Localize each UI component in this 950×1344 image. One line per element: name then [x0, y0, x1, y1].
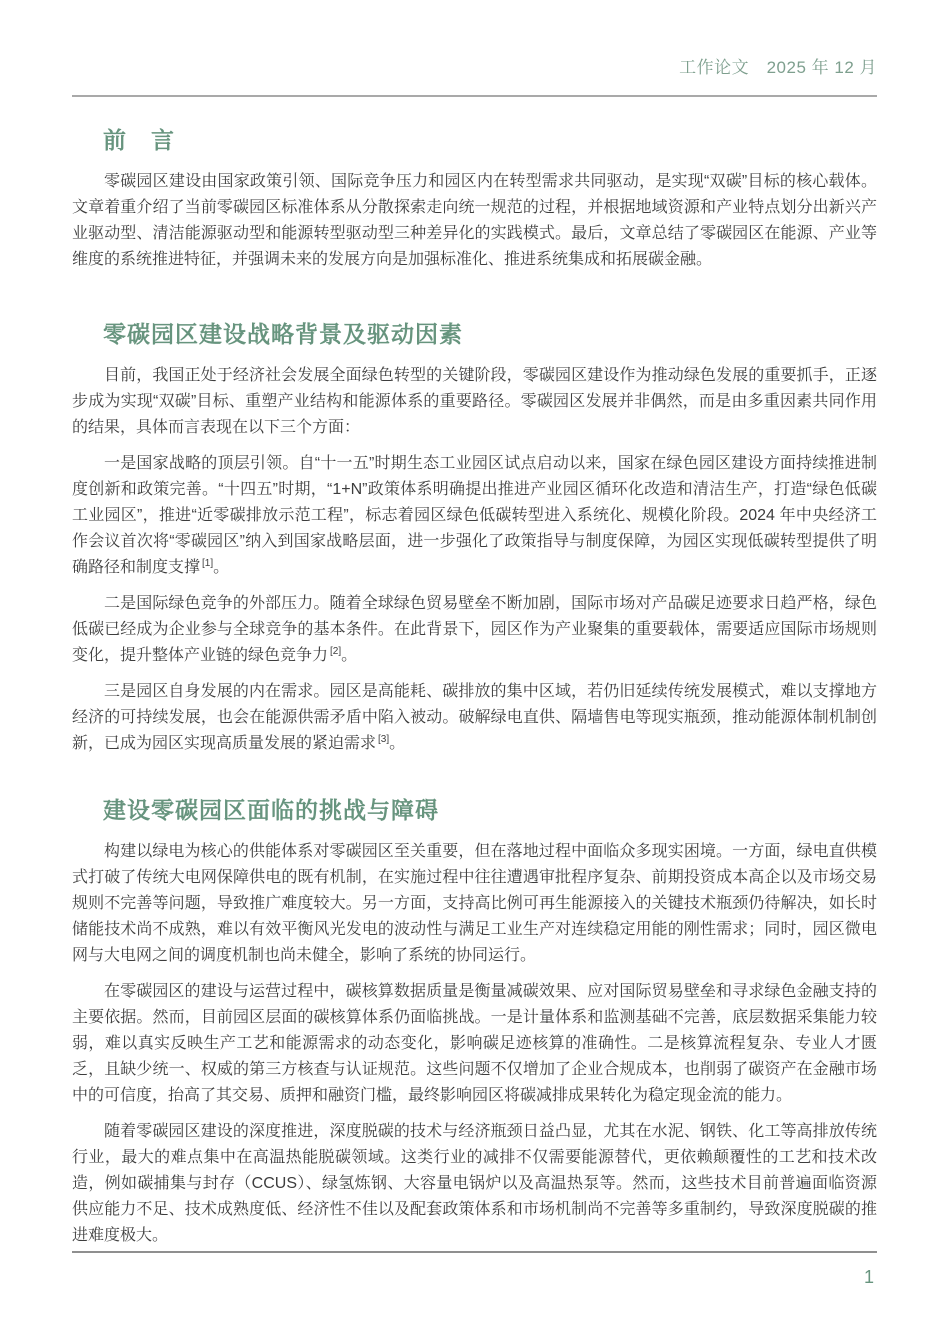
header-label: 工作论文 2025 年 12 月 — [679, 58, 877, 77]
paragraph-text: 随着零碳园区建设的深度推进，深度脱碳的技术与经济瓶颈日益凸显，尤其在水泥、钢铁、… — [72, 1123, 877, 1244]
paragraph: 零碳园区建设由国家政策引领、国际竞争压力和园区内在转型需求共同驱动，是实现“双碳… — [72, 169, 877, 273]
paragraph-text: 目前，我国正处于经济社会发展全面绿色转型的关键阶段，零碳园区建设作为推动绿色发展… — [72, 367, 877, 436]
paragraph: 构建以绿电为核心的供能体系对零碳园区至关重要，但在落地过程中面临众多现实困境。一… — [72, 839, 877, 969]
paragraph-text: 三是园区自身发展的内在需求。园区是高能耗、碳排放的集中区域，若仍旧延续传统发展模… — [72, 683, 877, 752]
paragraph-text: 二是国际绿色竞争的外部压力。随着全球绿色贸易壁垒不断加剧，国际市场对产品碳足迹要… — [72, 595, 877, 664]
paragraph: 一是国家战略的顶层引领。自“十一五”时期生态工业园区试点启动以来，国家在绿色园区… — [72, 451, 877, 581]
paragraph: 三是园区自身发展的内在需求。园区是高能耗、碳排放的集中区域，若仍旧延续传统发展模… — [72, 679, 877, 757]
section-background-drivers: 零碳园区建设战略背景及驱动因素 目前，我国正处于经济社会发展全面绿色转型的关键阶… — [72, 319, 877, 757]
paragraph-text: 构建以绿电为核心的供能体系对零碳园区至关重要，但在落地过程中面临众多现实困境。一… — [72, 843, 877, 964]
page-number: 1 — [864, 1267, 874, 1287]
paragraph-text: 一是国家战略的顶层引领。自“十一五”时期生态工业园区试点启动以来，国家在绿色园区… — [72, 455, 877, 576]
paragraph-tail: 。 — [389, 735, 405, 752]
section-preface: 前 言 零碳园区建设由国家政策引领、国际竞争压力和园区内在转型需求共同驱动，是实… — [72, 125, 877, 273]
page-footer: 1 — [864, 1264, 874, 1290]
paragraph: 目前，我国正处于经济社会发展全面绿色转型的关键阶段，零碳园区建设作为推动绿色发展… — [72, 363, 877, 441]
section-title-background: 零碳园区建设战略背景及驱动因素 — [72, 319, 877, 349]
paragraph-tail: 。 — [213, 559, 229, 576]
citation-ref-2: [2] — [330, 646, 341, 657]
paragraph: 在零碳园区的建设与运营过程中，碳核算数据质量是衡量减碳效果、应对国际贸易壁垒和寻… — [72, 979, 877, 1109]
citation-ref-1: [1] — [202, 558, 213, 569]
paragraph-tail: 。 — [341, 647, 357, 664]
paragraph-text: 零碳园区建设由国家政策引领、国际竞争压力和园区内在转型需求共同驱动，是实现“双碳… — [72, 173, 877, 268]
header-divider — [72, 95, 877, 97]
section-title-challenges: 建设零碳园区面临的挑战与障碍 — [72, 795, 877, 825]
section-challenges: 建设零碳园区面临的挑战与障碍 构建以绿电为核心的供能体系对零碳园区至关重要，但在… — [72, 795, 877, 1249]
document-page: 工作论文 2025 年 12 月 前 言 零碳园区建设由国家政策引领、国际竞争压… — [0, 0, 950, 1344]
preface-title: 前 言 — [72, 125, 877, 155]
citation-ref-3: [3] — [378, 734, 389, 745]
paragraph: 随着零碳园区建设的深度推进，深度脱碳的技术与经济瓶颈日益凸显，尤其在水泥、钢铁、… — [72, 1119, 877, 1249]
paragraph: 二是国际绿色竞争的外部压力。随着全球绿色贸易壁垒不断加剧，国际市场对产品碳足迹要… — [72, 591, 877, 669]
paragraph-text: 在零碳园区的建设与运营过程中，碳核算数据质量是衡量减碳效果、应对国际贸易壁垒和寻… — [72, 983, 877, 1104]
footer-divider — [72, 1251, 877, 1253]
page-header: 工作论文 2025 年 12 月 — [72, 0, 877, 80]
